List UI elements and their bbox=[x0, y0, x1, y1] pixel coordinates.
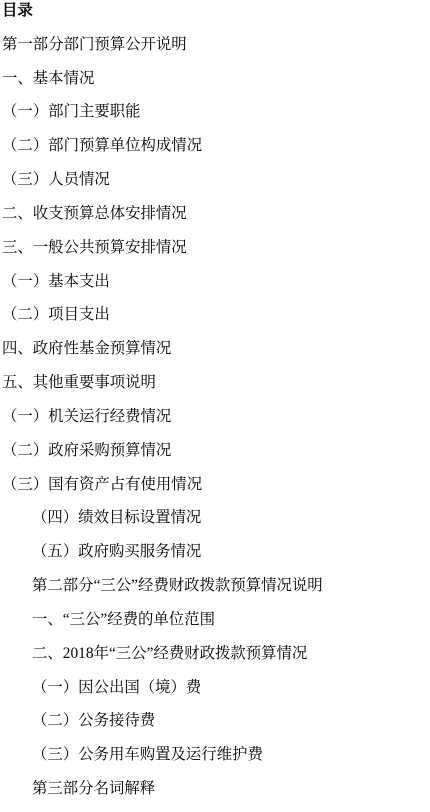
part1-heading: 第一部分部门预算公开说明 bbox=[2, 28, 430, 62]
toc-document: 目录 第一部分部门预算公开说明 一、基本情况 （一）部门主要职能 （二）部门预算… bbox=[0, 0, 430, 806]
toc-line: 一、“三公”经费的单位范围 bbox=[2, 603, 430, 637]
toc-line: 五、其他重要事项说明 bbox=[2, 366, 430, 400]
toc-line: （二）部门预算单位构成情况 bbox=[2, 129, 430, 163]
toc-line: 三、一般公共预算安排情况 bbox=[2, 231, 430, 265]
toc-line: （二）政府采购预算情况 bbox=[2, 434, 430, 468]
toc-line: （三）国有资产占有使用情况 bbox=[2, 468, 430, 502]
toc-line: 四、政府性基金预算情况 bbox=[2, 332, 430, 366]
toc-line: （一）基本支出 bbox=[2, 265, 430, 299]
toc-line: 一、基本情况 bbox=[2, 62, 430, 96]
toc-line: （一）部门主要职能 bbox=[2, 95, 430, 129]
toc-line: （一）机关运行经费情况 bbox=[2, 400, 430, 434]
toc-line: （二）公务接待费 bbox=[2, 704, 430, 738]
toc-line: （一）因公出国（境）费 bbox=[2, 671, 430, 705]
part2-heading: 第二部分“三公”经费财政拨款预算情况说明 bbox=[2, 569, 430, 603]
doc-title: 目录 bbox=[2, 0, 430, 28]
toc-line: （五）政府购买服务情况 bbox=[2, 535, 430, 569]
toc-line: （三）人员情况 bbox=[2, 163, 430, 197]
toc-line: （二）项目支出 bbox=[2, 298, 430, 332]
toc-line: （三）公务用车购置及运行维护费 bbox=[2, 738, 430, 772]
part3-heading: 第三部分名词解释 bbox=[2, 772, 430, 806]
toc-line: 二、收支预算总体安排情况 bbox=[2, 197, 430, 231]
toc-line: 二、2018年“三公”经费财政拨款预算情况 bbox=[2, 637, 430, 671]
toc-line: （四）绩效目标设置情况 bbox=[2, 501, 430, 535]
